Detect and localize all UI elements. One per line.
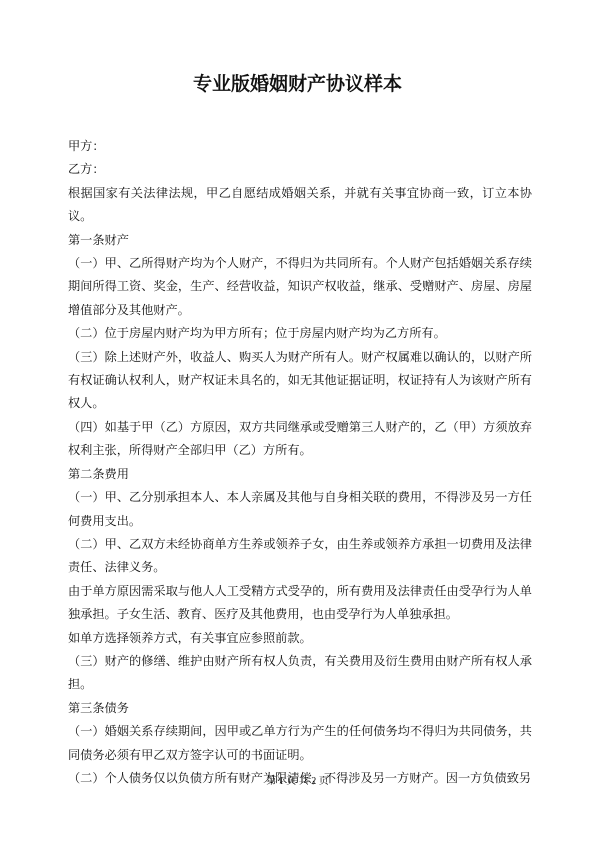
paragraph-party-b: 乙方：	[68, 158, 532, 181]
page-number-footer: 第 1 页 共 2 页	[0, 775, 595, 789]
document-page: 专业版婚姻财产协议样本 甲方： 乙方： 根据国家有关法律法规，甲乙自愿结成婚姻关…	[0, 0, 595, 841]
article-2-heading: 第二条费用	[68, 463, 532, 486]
article-1-clause-2: （二）位于房屋内财产均为甲方所有；位于房屋内财产均为乙方所有。	[68, 322, 532, 345]
paragraph-preamble: 根据国家有关法律法规，甲乙自愿结成婚姻关系，并就有关事宜协商一致，订立本协议。	[68, 182, 532, 229]
article-2-clause-1: （一）甲、乙分别承担本人、本人亲属及其他与自身相关联的费用，不得涉及另一方任何费…	[68, 486, 532, 533]
article-3-heading: 第三条债务	[68, 697, 532, 720]
article-3-clause-1: （一）婚姻关系存续期间，因甲或乙单方行为产生的任何债务均不得归为共同债务，共同债…	[68, 720, 532, 767]
article-1-heading: 第一条财产	[68, 229, 532, 252]
article-2-clause-2: （二）甲、乙双方未经协商单方生养或领养子女，由生养或领养方承担一切费用及法律责任…	[68, 533, 532, 580]
article-2-clause-2-note: 由于单方原因需采取与他人人工受精方式受孕的，所有费用及法律责任由受孕行为人单独承…	[68, 580, 532, 627]
paragraph-party-a: 甲方：	[68, 135, 532, 158]
article-2-clause-2-note2: 如单方选择领养方式，有关事宜应参照前款。	[68, 627, 532, 650]
article-1-clause-3: （三）除上述财产外，收益人、购买人为财产所有人。财产权属难以确认的，以财产所有权…	[68, 346, 532, 416]
document-body: 甲方： 乙方： 根据国家有关法律法规，甲乙自愿结成婚姻关系，并就有关事宜协商一致…	[68, 135, 532, 790]
document-title: 专业版婚姻财产协议样本	[0, 0, 595, 97]
article-1-clause-4: （四）如基于甲（乙）方原因，双方共同继承或受赠第三人财产的，乙（甲）方须放弃权利…	[68, 416, 532, 463]
article-1-clause-1: （一）甲、乙所得财产均为个人财产，不得归为共同所有。个人财产包括婚姻关系存续期间…	[68, 252, 532, 322]
article-2-clause-3: （三）财产的修缮、维护由财产所有权人负责，有关费用及衍生费用由财产所有权人承担。	[68, 650, 532, 697]
